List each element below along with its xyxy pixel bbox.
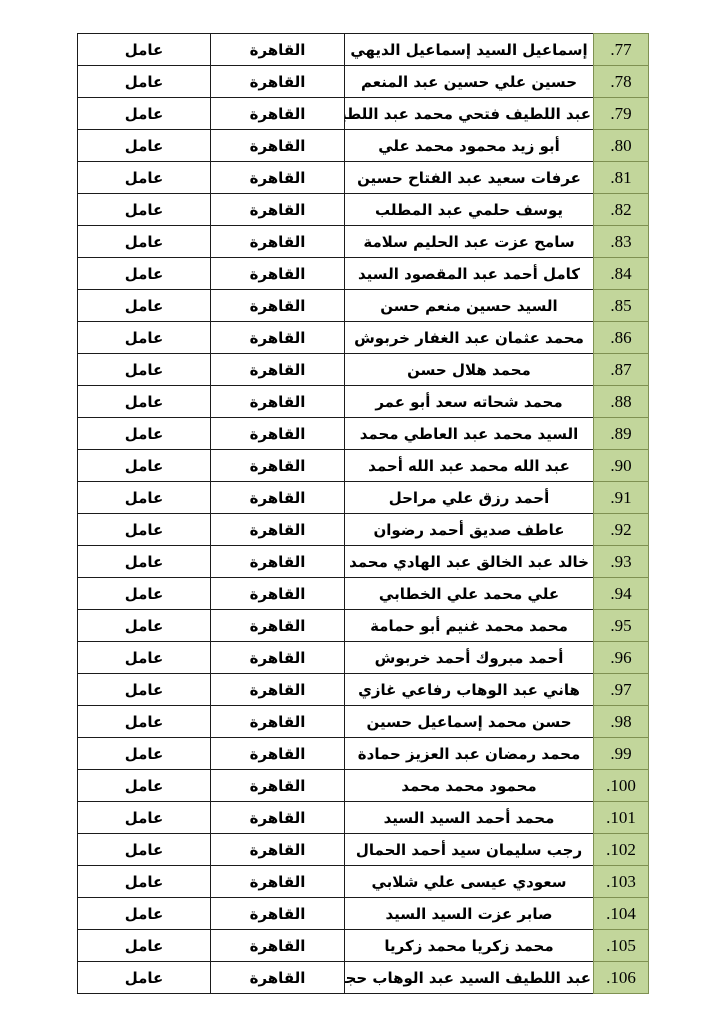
table-row: 84. كامل أحمد عبد المقصود السيد القاهرة …	[78, 258, 649, 290]
row-number-cell: 77.	[594, 34, 649, 66]
worker-name-cell: عبد اللطيف السيد عبد الوهاب حجاج	[345, 962, 594, 994]
row-number-cell: 97.	[594, 674, 649, 706]
worker-name-cell: عرفات سعيد عبد الفتاح حسين	[345, 162, 594, 194]
table-row: 100. محمود محمد محمد القاهرة عامل	[78, 770, 649, 802]
worker-name-cell: سامح عزت عبد الحليم سلامة	[345, 226, 594, 258]
city-cell: القاهرة	[211, 866, 345, 898]
city-cell: القاهرة	[211, 546, 345, 578]
row-number-cell: 90.	[594, 450, 649, 482]
row-number-cell: 101.	[594, 802, 649, 834]
row-number-cell: 98.	[594, 706, 649, 738]
job-title-cell: عامل	[78, 418, 211, 450]
document-page: { "table": { "column_roles": ["number", …	[0, 0, 724, 1024]
table-row: 94. علي محمد علي الخطابي القاهرة عامل	[78, 578, 649, 610]
worker-name-cell: أبو زيد محمود محمد علي	[345, 130, 594, 162]
city-cell: القاهرة	[211, 290, 345, 322]
city-cell: القاهرة	[211, 322, 345, 354]
table-row: 103. سعودي عيسى علي شلابي القاهرة عامل	[78, 866, 649, 898]
worker-name-cell: هاني عبد الوهاب رفاعي غازي	[345, 674, 594, 706]
city-cell: القاهرة	[211, 194, 345, 226]
job-title-cell: عامل	[78, 898, 211, 930]
row-number-cell: 87.	[594, 354, 649, 386]
row-number-cell: 100.	[594, 770, 649, 802]
job-title-cell: عامل	[78, 930, 211, 962]
table-row: 106. عبد اللطيف السيد عبد الوهاب حجاج ال…	[78, 962, 649, 994]
worker-name-cell: حسين علي حسين عبد المنعم	[345, 66, 594, 98]
worker-name-cell: علي محمد علي الخطابي	[345, 578, 594, 610]
city-cell: القاهرة	[211, 130, 345, 162]
worker-name-cell: عاطف صديق أحمد رضوان	[345, 514, 594, 546]
job-title-cell: عامل	[78, 130, 211, 162]
table-row: 91. أحمد رزق علي مراحل القاهرة عامل	[78, 482, 649, 514]
worker-name-cell: سعودي عيسى علي شلابي	[345, 866, 594, 898]
city-cell: القاهرة	[211, 834, 345, 866]
table-row: 86. محمد عثمان عبد الغفار خربوش القاهرة …	[78, 322, 649, 354]
worker-name-cell: محمود محمد محمد	[345, 770, 594, 802]
row-number-cell: 106.	[594, 962, 649, 994]
city-cell: القاهرة	[211, 34, 345, 66]
city-cell: القاهرة	[211, 66, 345, 98]
table-row: 88. محمد شحاته سعد أبو عمر القاهرة عامل	[78, 386, 649, 418]
table-row: 89. السيد محمد عبد العاطي محمد القاهرة ع…	[78, 418, 649, 450]
worker-name-cell: كامل أحمد عبد المقصود السيد	[345, 258, 594, 290]
city-cell: القاهرة	[211, 386, 345, 418]
table-body: 77. إسماعيل السيد إسماعيل الديهي القاهرة…	[78, 34, 649, 994]
city-cell: القاهرة	[211, 418, 345, 450]
row-number-cell: 93.	[594, 546, 649, 578]
row-number-cell: 92.	[594, 514, 649, 546]
job-title-cell: عامل	[78, 290, 211, 322]
job-title-cell: عامل	[78, 738, 211, 770]
job-title-cell: عامل	[78, 482, 211, 514]
city-cell: القاهرة	[211, 706, 345, 738]
worker-name-cell: محمد أحمد السيد السيد	[345, 802, 594, 834]
worker-name-cell: محمد شحاته سعد أبو عمر	[345, 386, 594, 418]
row-number-cell: 79.	[594, 98, 649, 130]
job-title-cell: عامل	[78, 610, 211, 642]
row-number-cell: 83.	[594, 226, 649, 258]
city-cell: القاهرة	[211, 162, 345, 194]
table-row: 95. محمد محمد غنيم أبو حمامة القاهرة عام…	[78, 610, 649, 642]
table-row: 87. محمد هلال حسن القاهرة عامل	[78, 354, 649, 386]
row-number-cell: 89.	[594, 418, 649, 450]
worker-name-cell: عبد الله محمد عبد الله أحمد	[345, 450, 594, 482]
row-number-cell: 102.	[594, 834, 649, 866]
row-number-cell: 86.	[594, 322, 649, 354]
table-row: 99. محمد رمضان عبد العزيز حمادة القاهرة …	[78, 738, 649, 770]
row-number-cell: 105.	[594, 930, 649, 962]
job-title-cell: عامل	[78, 162, 211, 194]
job-title-cell: عامل	[78, 706, 211, 738]
worker-name-cell: رجب سليمان سيد أحمد الحمال	[345, 834, 594, 866]
city-cell: القاهرة	[211, 354, 345, 386]
table-row: 92. عاطف صديق أحمد رضوان القاهرة عامل	[78, 514, 649, 546]
job-title-cell: عامل	[78, 866, 211, 898]
worker-name-cell: صابر عزت السيد السيد	[345, 898, 594, 930]
table-row: 82. يوسف حلمي عبد المطلب القاهرة عامل	[78, 194, 649, 226]
job-title-cell: عامل	[78, 322, 211, 354]
row-number-cell: 96.	[594, 642, 649, 674]
table-row: 104. صابر عزت السيد السيد القاهرة عامل	[78, 898, 649, 930]
job-title-cell: عامل	[78, 578, 211, 610]
row-number-cell: 78.	[594, 66, 649, 98]
worker-name-cell: خالد عبد الخالق عبد الهادي محمد	[345, 546, 594, 578]
job-title-cell: عامل	[78, 546, 211, 578]
city-cell: القاهرة	[211, 770, 345, 802]
city-cell: القاهرة	[211, 450, 345, 482]
city-cell: القاهرة	[211, 226, 345, 258]
row-number-cell: 84.	[594, 258, 649, 290]
worker-name-cell: حسن محمد إسماعيل حسين	[345, 706, 594, 738]
table-row: 80. أبو زيد محمود محمد علي القاهرة عامل	[78, 130, 649, 162]
worker-name-cell: يوسف حلمي عبد المطلب	[345, 194, 594, 226]
row-number-cell: 94.	[594, 578, 649, 610]
roster-table-container: 77. إسماعيل السيد إسماعيل الديهي القاهرة…	[78, 33, 649, 994]
job-title-cell: عامل	[78, 258, 211, 290]
table-row: 83. سامح عزت عبد الحليم سلامة القاهرة عا…	[78, 226, 649, 258]
table-row: 79. عبد اللطيف فتحي محمد عبد اللطيف القا…	[78, 98, 649, 130]
job-title-cell: عامل	[78, 226, 211, 258]
row-number-cell: 82.	[594, 194, 649, 226]
city-cell: القاهرة	[211, 514, 345, 546]
job-title-cell: عامل	[78, 674, 211, 706]
worker-name-cell: محمد رمضان عبد العزيز حمادة	[345, 738, 594, 770]
job-title-cell: عامل	[78, 98, 211, 130]
job-title-cell: عامل	[78, 514, 211, 546]
job-title-cell: عامل	[78, 66, 211, 98]
city-cell: القاهرة	[211, 610, 345, 642]
table-row: 101. محمد أحمد السيد السيد القاهرة عامل	[78, 802, 649, 834]
worker-name-cell: أحمد مبروك أحمد خربوش	[345, 642, 594, 674]
worker-name-cell: أحمد رزق علي مراحل	[345, 482, 594, 514]
row-number-cell: 85.	[594, 290, 649, 322]
city-cell: القاهرة	[211, 482, 345, 514]
table-row: 96. أحمد مبروك أحمد خربوش القاهرة عامل	[78, 642, 649, 674]
job-title-cell: عامل	[78, 34, 211, 66]
city-cell: القاهرة	[211, 578, 345, 610]
city-cell: القاهرة	[211, 930, 345, 962]
job-title-cell: عامل	[78, 770, 211, 802]
worker-name-cell: السيد حسين منعم حسن	[345, 290, 594, 322]
city-cell: القاهرة	[211, 962, 345, 994]
row-number-cell: 80.	[594, 130, 649, 162]
city-cell: القاهرة	[211, 674, 345, 706]
table-row: 98. حسن محمد إسماعيل حسين القاهرة عامل	[78, 706, 649, 738]
row-number-cell: 88.	[594, 386, 649, 418]
table-row: 77. إسماعيل السيد إسماعيل الديهي القاهرة…	[78, 34, 649, 66]
city-cell: القاهرة	[211, 802, 345, 834]
job-title-cell: عامل	[78, 802, 211, 834]
table-row: 85. السيد حسين منعم حسن القاهرة عامل	[78, 290, 649, 322]
job-title-cell: عامل	[78, 194, 211, 226]
city-cell: القاهرة	[211, 258, 345, 290]
table-row: 97. هاني عبد الوهاب رفاعي غازي القاهرة ع…	[78, 674, 649, 706]
worker-name-cell: محمد محمد غنيم أبو حمامة	[345, 610, 594, 642]
table-row: 81. عرفات سعيد عبد الفتاح حسين القاهرة ع…	[78, 162, 649, 194]
row-number-cell: 104.	[594, 898, 649, 930]
worker-name-cell: محمد زكريا محمد زكريا	[345, 930, 594, 962]
worker-name-cell: محمد عثمان عبد الغفار خربوش	[345, 322, 594, 354]
city-cell: القاهرة	[211, 738, 345, 770]
table-row: 105. محمد زكريا محمد زكريا القاهرة عامل	[78, 930, 649, 962]
row-number-cell: 81.	[594, 162, 649, 194]
workers-table: 77. إسماعيل السيد إسماعيل الديهي القاهرة…	[77, 33, 649, 994]
table-row: 93. خالد عبد الخالق عبد الهادي محمد القا…	[78, 546, 649, 578]
row-number-cell: 103.	[594, 866, 649, 898]
worker-name-cell: إسماعيل السيد إسماعيل الديهي	[345, 34, 594, 66]
table-row: 90. عبد الله محمد عبد الله أحمد القاهرة …	[78, 450, 649, 482]
job-title-cell: عامل	[78, 386, 211, 418]
worker-name-cell: محمد هلال حسن	[345, 354, 594, 386]
job-title-cell: عامل	[78, 834, 211, 866]
table-row: 78. حسين علي حسين عبد المنعم القاهرة عام…	[78, 66, 649, 98]
job-title-cell: عامل	[78, 642, 211, 674]
job-title-cell: عامل	[78, 962, 211, 994]
city-cell: القاهرة	[211, 642, 345, 674]
job-title-cell: عامل	[78, 450, 211, 482]
city-cell: القاهرة	[211, 98, 345, 130]
row-number-cell: 95.	[594, 610, 649, 642]
worker-name-cell: السيد محمد عبد العاطي محمد	[345, 418, 594, 450]
table-row: 102. رجب سليمان سيد أحمد الحمال القاهرة …	[78, 834, 649, 866]
city-cell: القاهرة	[211, 898, 345, 930]
worker-name-cell: عبد اللطيف فتحي محمد عبد اللطيف	[345, 98, 594, 130]
job-title-cell: عامل	[78, 354, 211, 386]
row-number-cell: 91.	[594, 482, 649, 514]
row-number-cell: 99.	[594, 738, 649, 770]
